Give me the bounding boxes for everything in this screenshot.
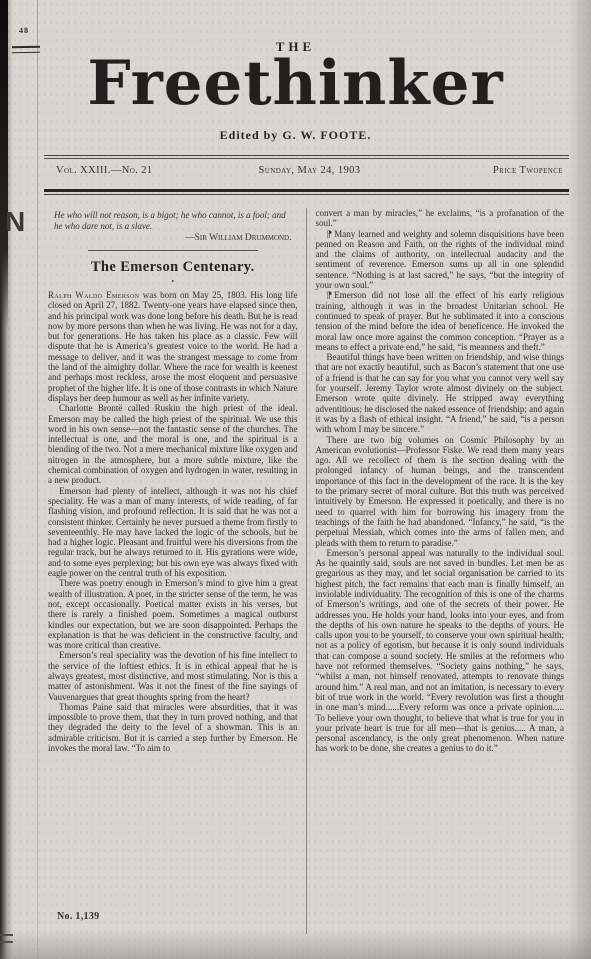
epigraph-rule (88, 250, 258, 251)
article-paragraph: ⁋Emerson did not lose all the effect of … (316, 290, 565, 352)
article-paragraph: ⁋Many learned and weighty and solemn dis… (316, 229, 565, 291)
header-rule-thin (44, 155, 569, 159)
article-paragraph: Emerson’s personal appeal was naturally … (316, 548, 565, 754)
article-body: He who will not reason, is a bigot; he w… (48, 208, 564, 948)
article-paragraph: Emerson’s real speciality was the devoti… (48, 650, 298, 701)
article-paragraph: Beautiful things have been written on fr… (316, 352, 565, 434)
left-column-paragraphs: Ralph Waldo Emerson was born on May 25, … (48, 290, 298, 753)
epigraph-attribution: —Sir William Drummond. (54, 233, 296, 244)
paragraph-lead-small-caps: Ralph Waldo Emerson (48, 290, 139, 300)
right-column-paragraphs: convert a man by miracles,” he exclaims,… (316, 208, 565, 754)
article-paragraph: There are two big volumes on Cosmic Phil… (316, 435, 565, 548)
volume-label: Vol. XXIII.—No. 21 (56, 165, 259, 176)
scanned-page: 48 N THE Freethinker Edited by G. W. FOO… (0, 0, 591, 959)
epigraph-text: He who will not reason, is a bigot; he w… (54, 210, 286, 231)
issue-date: Sunday, May 24, 1903 (259, 165, 361, 176)
issue-info-row: Vol. XXIII.—No. 21 Sunday, May 24, 1903 … (56, 165, 563, 176)
article-paragraph: There was poetry enough in Emerson’s min… (48, 578, 298, 650)
article-title: The Emerson Centenary. (48, 259, 298, 276)
issue-number-footer: No. 1,139 (57, 911, 99, 922)
edited-by-line: Edited by G. W. FOOTE. (0, 128, 591, 143)
page-fold-line (37, 0, 38, 959)
left-column: He who will not reason, is a bigot; he w… (48, 208, 298, 948)
margin-fragment-numerals: 48 (19, 26, 29, 35)
margin-fragment-letter: N (5, 206, 25, 238)
margin-fragment-equals-rule (0, 934, 13, 943)
article-paragraph: Ralph Waldo Emerson was born on May 25, … (48, 290, 298, 403)
marginal-pilcrow-mark: ⁋ (327, 229, 333, 239)
epigraph: He who will not reason, is a bigot; he w… (48, 208, 298, 244)
right-column: convert a man by miracles,” he exclaims,… (307, 208, 565, 948)
article-paragraph: Charlotte Brontë called Ruskin the high … (48, 403, 298, 485)
article-paragraph: Emerson had plenty of intellect, althoug… (48, 486, 298, 579)
marginal-pilcrow-mark: ⁋ (327, 290, 333, 300)
title-ornament: • (48, 278, 298, 286)
price-label: Price Twopence (360, 165, 563, 176)
article-paragraph: Thomas Paine said that miracles were abs… (48, 702, 298, 753)
masthead-title: Freethinker (0, 50, 591, 117)
article-paragraph: convert a man by miracles,” he exclaims,… (316, 208, 565, 229)
header-rule-thick (44, 189, 569, 195)
